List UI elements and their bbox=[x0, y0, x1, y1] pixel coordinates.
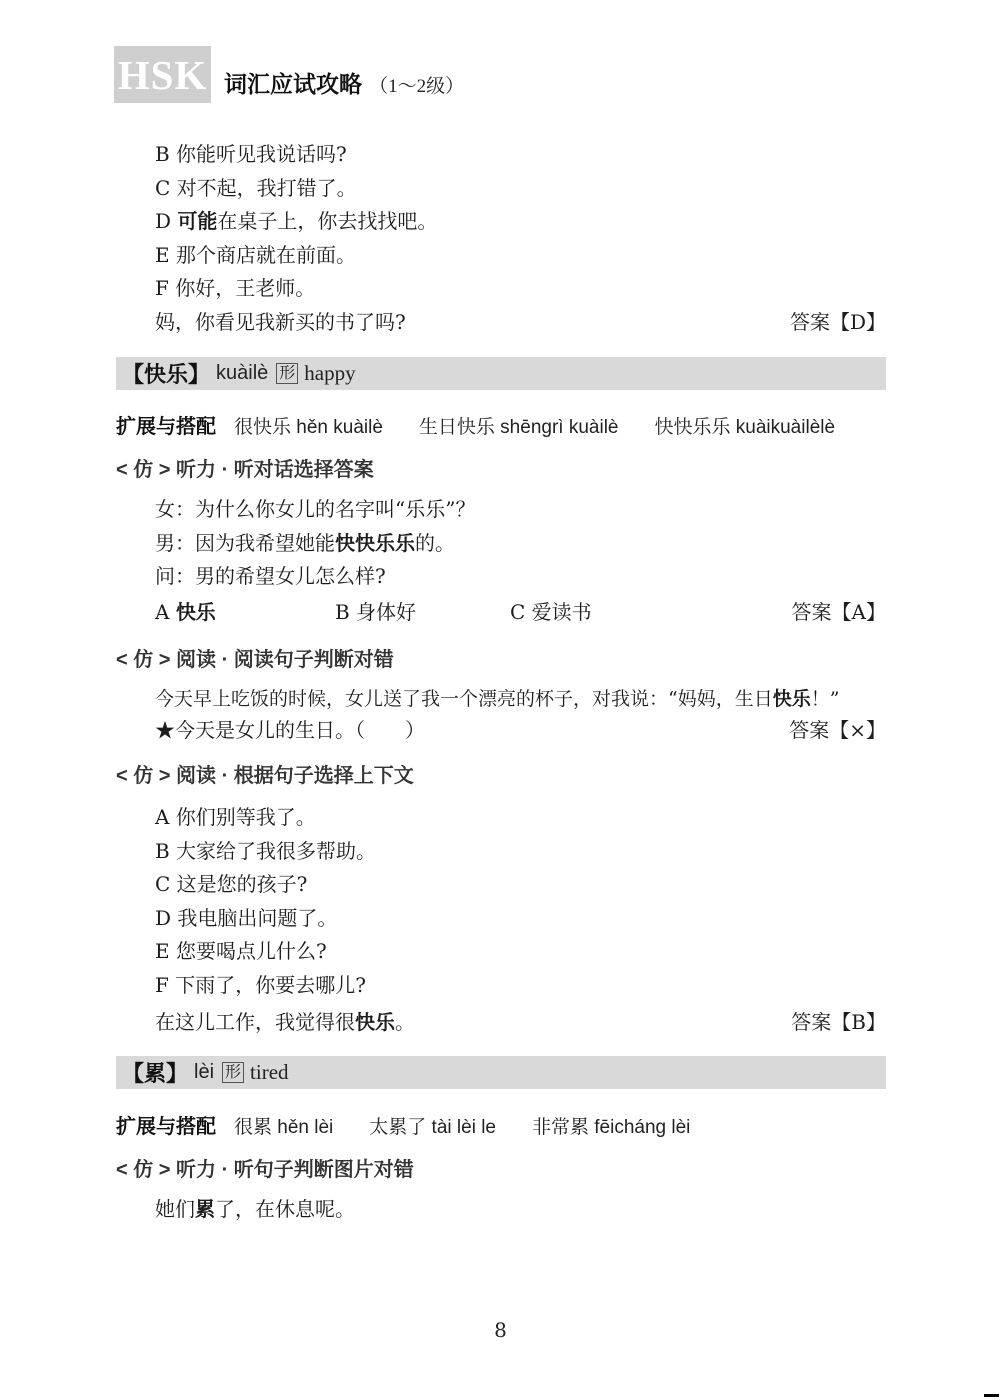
exercise-heading-listening-picture: < 仿 > 听力 · 听句子判断图片对错 bbox=[116, 1158, 414, 1182]
entry-gloss: tired bbox=[250, 1060, 288, 1085]
page-header: HSK 词汇应试攻略 （1～2级） bbox=[114, 46, 464, 103]
answer-label: 答案【B】 bbox=[791, 1010, 886, 1034]
choice-a: A 快乐 bbox=[155, 601, 335, 623]
context-choice-a: A 你们别等我了。 bbox=[155, 801, 886, 835]
dialogue-block: 女：为什么你女儿的名字叫“乐乐”？ 男：因为我希望她能快快乐乐的。 问：男的希望… bbox=[155, 493, 886, 594]
page-number: 8 bbox=[0, 1318, 1001, 1342]
hsk-logo: HSK bbox=[114, 46, 211, 103]
answer-label: 答案【×】 bbox=[789, 718, 886, 742]
context-choice-d: D 我电脑出问题了。 bbox=[155, 902, 886, 936]
choice-b: B 身体好 bbox=[335, 601, 510, 623]
option-line-d: D 可能在桌子上，你去找找吧。 bbox=[155, 205, 886, 239]
entry-bar-kuaile: 【快乐】 kuàilè 形 happy bbox=[116, 357, 886, 390]
collocation-item: 很累 hěn lèi bbox=[234, 1112, 333, 1139]
context-choice-c: C 这是您的孩子? bbox=[155, 868, 886, 902]
option-line-c: C 对不起，我打错了。 bbox=[155, 172, 886, 206]
exercise-heading-reading-judge: < 仿 > 阅读 · 阅读句子判断对错 bbox=[116, 648, 394, 672]
context-choice-f: F 下雨了，你要去哪儿? bbox=[155, 969, 886, 1003]
question-stem: 妈，你看见我新买的书了吗? bbox=[155, 306, 406, 340]
option-line-b: B 你能听见我说话吗? bbox=[155, 138, 886, 172]
entry-bar-lei: 【累】 lèi 形 tired bbox=[116, 1056, 886, 1089]
collocations-row-lei: 扩展与搭配 很累 hěn lèi 太累了 tài lèi le 非常累 fēic… bbox=[116, 1110, 726, 1139]
star-statement: ★今天是女儿的生日。（ ） bbox=[155, 718, 425, 742]
context-stem-row: 在这儿工作，我觉得很快乐。 答案【B】 bbox=[155, 1010, 886, 1034]
entry-pinyin: lèi bbox=[194, 1061, 214, 1084]
collocation-item: 很快乐 hěn kuàilè bbox=[234, 412, 383, 439]
textbook-page: { "header": {"logo": "HSK", "title": "词汇… bbox=[0, 0, 1001, 1400]
star-statement-row: ★今天是女儿的生日。（ ） 答案【×】 bbox=[155, 718, 886, 742]
dialogue-line-man: 男：因为我希望她能快快乐乐的。 bbox=[155, 527, 886, 561]
collocation-item: 太累了 tài lèi le bbox=[369, 1112, 496, 1139]
exercise-heading-listening-dialogue: < 仿 > 听力 · 听对话选择答案 bbox=[116, 458, 374, 482]
context-stem: 在这儿工作，我觉得很快乐。 bbox=[155, 1010, 415, 1034]
choice-row: A 快乐 B 身体好 C 爱读书 答案【A】 bbox=[155, 601, 886, 623]
dialogue-line-question: 问：男的希望女儿怎么样? bbox=[155, 560, 886, 594]
header-subtitle: （1～2级） bbox=[369, 76, 464, 97]
context-choice-list: A 你们别等我了。 B 大家给了我很多帮助。 C 这是您的孩子? D 我电脑出问… bbox=[155, 801, 886, 1002]
header-text: 词汇应试攻略 （1～2级） bbox=[224, 66, 464, 99]
context-choice-b: B 大家给了我很多帮助。 bbox=[155, 835, 886, 869]
header-title: 词汇应试攻略 bbox=[224, 71, 362, 97]
option-line-f: F 你好，王老师。 bbox=[155, 272, 886, 306]
option-line-e: E 那个商店就在前面。 bbox=[155, 239, 886, 273]
answer-label: 答案【A】 bbox=[792, 601, 886, 623]
choice-c: C 爱读书 bbox=[510, 601, 792, 623]
entry-pinyin: kuàilè bbox=[216, 362, 268, 385]
collocation-item: 快快乐乐 kuàikuàilèlè bbox=[654, 412, 835, 439]
collocations-label: 扩展与搭配 bbox=[116, 1110, 216, 1139]
question-stem-row: 妈，你看见我新买的书了吗? 答案【D】 bbox=[155, 306, 886, 340]
entry-word: 【快乐】 bbox=[122, 358, 210, 389]
entry-gloss: happy bbox=[304, 361, 355, 386]
exercise-heading-reading-context: < 仿 > 阅读 · 根据句子选择上下文 bbox=[116, 764, 414, 788]
context-options-list: B 你能听见我说话吗? C 对不起，我打错了。 D 可能在桌子上，你去找找吧。 … bbox=[155, 138, 886, 339]
context-choice-e: E 您要喝点儿什么? bbox=[155, 935, 886, 969]
print-mark bbox=[984, 1394, 999, 1397]
collocation-item: 非常累 fēicháng lèi bbox=[532, 1112, 690, 1139]
part-of-speech-box: 形 bbox=[222, 1062, 244, 1083]
collocation-item: 生日快乐 shēngrì kuàilè bbox=[419, 412, 619, 439]
collocations-row-kuaile: 扩展与搭配 很快乐 hěn kuàilè 生日快乐 shēngrì kuàilè… bbox=[116, 410, 871, 439]
collocations-label: 扩展与搭配 bbox=[116, 410, 216, 439]
reading-paragraph: 今天早上吃饭的时候，女儿送了我一个漂亮的杯子，对我说：“妈妈，生日快乐！” bbox=[155, 688, 890, 710]
part-of-speech-box: 形 bbox=[276, 363, 298, 384]
dialogue-line-woman: 女：为什么你女儿的名字叫“乐乐”？ bbox=[155, 493, 886, 527]
listening-sentence: 她们累了，在休息呢。 bbox=[155, 1196, 355, 1222]
entry-word: 【累】 bbox=[122, 1057, 188, 1088]
answer-label: 答案【D】 bbox=[790, 306, 886, 340]
